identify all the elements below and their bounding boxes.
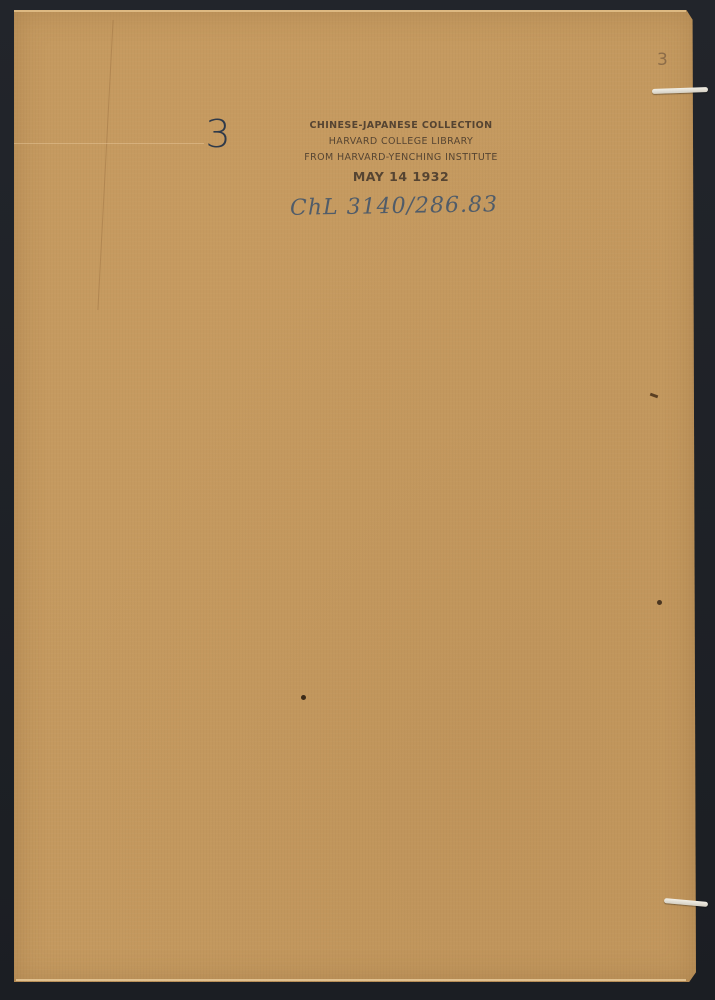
cover-crease-horizontal (14, 143, 204, 144)
binding-hole-lower (657, 600, 662, 605)
call-number: ChL 3140/286.83 (290, 192, 498, 221)
volume-number: 3 (205, 112, 230, 156)
cover-spot (301, 695, 306, 700)
stamp-source: FROM HARVARD-YENCHING INSTITUTE (296, 150, 506, 166)
corner-pencil-number: 3 (657, 50, 668, 70)
stamp-collection: CHINESE-JAPANESE COLLECTION (296, 118, 506, 134)
cover-bottom-edge (16, 979, 686, 981)
stamp-date: MAY 14 1932 (296, 169, 506, 184)
stamp-library: HARVARD COLLEGE LIBRARY (296, 134, 506, 150)
library-stamp: CHINESE-JAPANESE COLLECTION HARVARD COLL… (296, 118, 506, 184)
cover-top-edge (14, 10, 686, 12)
